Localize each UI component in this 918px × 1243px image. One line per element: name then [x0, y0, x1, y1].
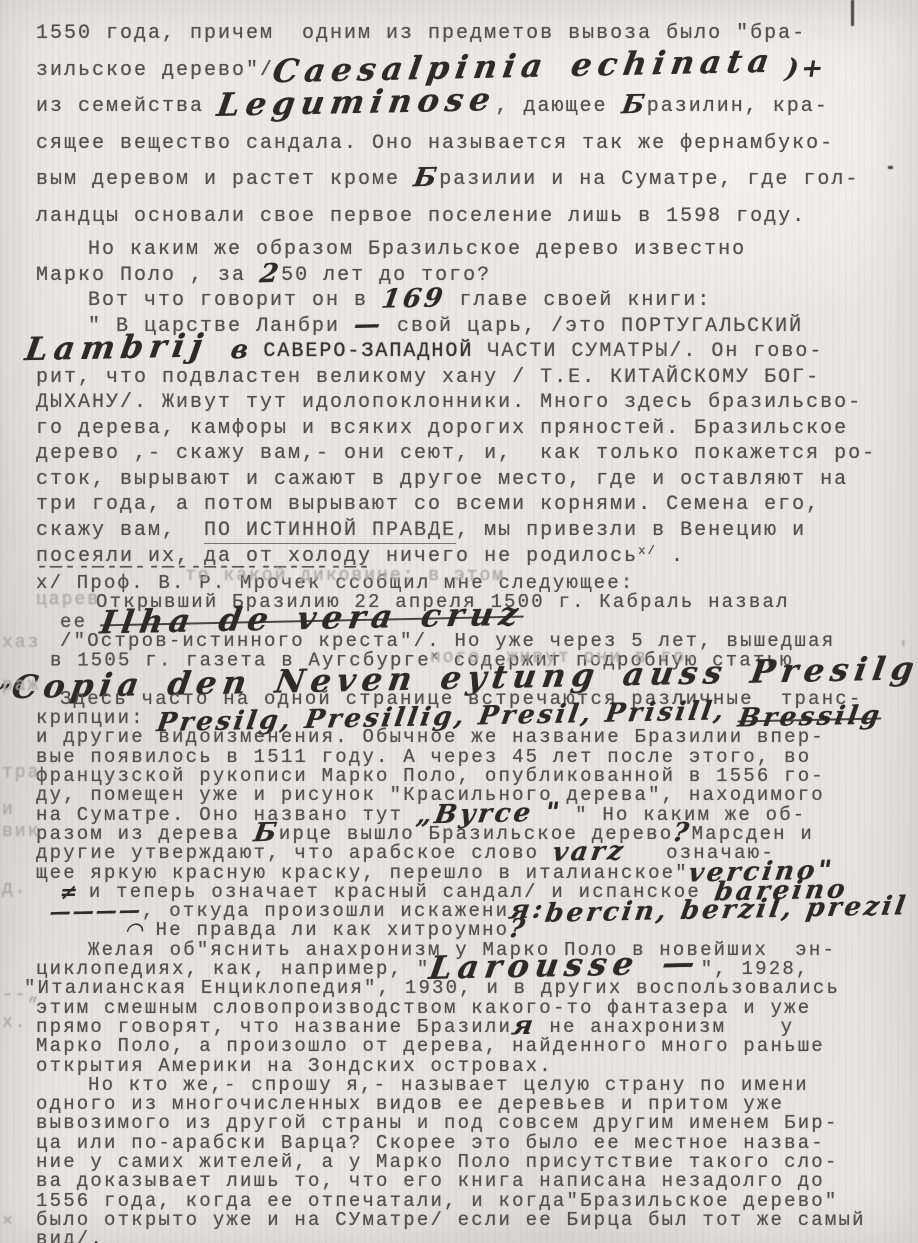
ghost-text: вик: [2, 822, 40, 842]
handwritten-text: в: [231, 350, 263, 351]
text-line: ландцы основали свое первое поселение ли…: [36, 205, 806, 228]
ghost-text: раж: [2, 676, 40, 696]
ghost-text: ×: [2, 1212, 15, 1232]
typed-text: ПО ИСТИННОЙ ПРАВДЕ: [204, 519, 456, 544]
text-line: го дерева, камфоры и всяких дорогих прян…: [36, 417, 848, 440]
text-line: рит, что подвластен великому хану / Т.Е.…: [36, 366, 820, 389]
typed-text: 50 лет до того?: [281, 264, 491, 287]
handwritten-text: Б: [622, 105, 647, 106]
ink-mark: [851, 0, 854, 26]
typed-text: вым деревом и растет кроме: [36, 168, 414, 191]
typed-text: свой царь, /это ПОРТУГАЛЬСКИЙ: [383, 315, 803, 338]
scanned-manuscript-page: 1550 года, причем одним из предметов выв…: [0, 0, 918, 1243]
handwritten-text: —: [354, 324, 383, 325]
typed-text: х/: [638, 544, 657, 558]
text-line: было открыто уже и на СУматре/ если ее Б…: [36, 1209, 866, 1231]
text-line: скажу вам, ПО ИСТИННОЙ ПРАВДЕ, мы привез…: [36, 519, 806, 542]
typed-text: сток, вырывают и сажают в другое место, …: [36, 468, 848, 491]
typed-text: , мы привезли в Венецию и: [456, 519, 806, 542]
typed-text: ЧАСТИ СУМАТРЫ/. Он гово-: [473, 340, 823, 363]
ghost-text: царев: [36, 590, 100, 610]
text-line: зильское дерево"/Caesalpinia echinata )+: [36, 59, 826, 82]
typed-text: Вот что говорит он в: [88, 289, 382, 312]
handwritten-text: varz: [553, 851, 626, 853]
typed-text: скажу вам,: [36, 519, 204, 542]
typed-text: разилии и на Суматре, где гол-: [439, 168, 859, 191]
typed-text: 1550 года, причем одним из предметов выв…: [36, 22, 806, 45]
handwritten-text: 169: [382, 298, 446, 299]
handwritten-text: Б: [254, 833, 279, 834]
text-line: Но каким же образом Бразильское дерево и…: [88, 238, 746, 261]
typed-text: ландцы основали свое первое поселение ли…: [36, 205, 806, 228]
handwritten-text: Larousse —: [430, 962, 701, 968]
text-line: три года, а потом вырывают со всеми корн…: [36, 493, 820, 516]
typed-text: дерево ,- скажу вам,- они сеют, и, как т…: [36, 442, 876, 465]
typed-text: рит, что подвластен великому хану / Т.Е.…: [36, 366, 820, 389]
text-line: сящее вещество сандала. Оно называется т…: [36, 132, 834, 155]
text-line: Вот что говорит он в 169 главе своей кни…: [88, 289, 711, 312]
handwritten-text: Presilg, Presillig, Presil, Prisill,: [157, 711, 738, 723]
ghost-text: то какой диковине: в этом: [185, 566, 505, 586]
handwritten-text: Ilha de vera cruz: [100, 613, 524, 626]
typed-text: сящее вещество сандала. Оно называется т…: [36, 132, 834, 155]
handwritten-text: Б: [414, 178, 439, 179]
handwritten-text: vercino": [689, 870, 834, 873]
typed-text: го дерева, камфоры и всяких дорогих прян…: [36, 417, 848, 440]
ghost-text: хаз: [2, 633, 40, 653]
ghost-text: х.: [2, 1013, 28, 1033]
typed-text: ДЫХАНУ/. Живут тут идолопоклонники. Мног…: [36, 391, 862, 414]
typed-text: Но каким же образом Бразильское дерево и…: [88, 238, 746, 261]
text-line: 1550 года, причем одним из предметов выв…: [36, 22, 806, 45]
typed-text: зильское дерево"/: [36, 59, 274, 82]
typed-text: разилин, кра-: [647, 95, 829, 118]
handwritten-text: )+: [774, 68, 826, 69]
handwritten-text: bercin, berzil, prezil: [545, 906, 907, 914]
text-line: сток, вырывают и сажают в другое место, …: [36, 468, 848, 491]
ink-mark: [888, 166, 893, 169]
handwritten-text: ◠: [126, 930, 156, 931]
typed-text: Марко Поло , за: [36, 264, 260, 287]
typed-text: было открыто уже и на СУматре/ если ее Б…: [36, 1209, 866, 1231]
typed-text: главе своей книги:: [445, 289, 711, 312]
ghost-text: д.: [2, 879, 28, 899]
handwritten-text: „Byrce ": [417, 812, 562, 815]
text-line: вид/.: [36, 1228, 104, 1243]
handwritten-text: Caesalpinia echinata: [273, 60, 775, 70]
ghost-text: --„: [2, 985, 40, 1005]
ghost-text: и: [2, 800, 15, 820]
handwritten-text: Lambrij: [26, 345, 232, 349]
typed-text: три года, а потом вырывают со всеми корн…: [36, 493, 820, 516]
ghost-text: тра: [2, 763, 40, 783]
typed-text: , дающее: [496, 95, 622, 118]
text-line: ДЫХАНУ/. Живут тут идолопоклонники. Мног…: [36, 391, 862, 414]
handwritten-text: ≠: [60, 891, 89, 892]
typed-text: САВЕРО-ЗАПАДНОЙ: [263, 340, 473, 363]
text-line: Lambrij в САВЕРО-ЗАПАДНОЙ ЧАСТИ СУМАТРЫ/…: [26, 340, 823, 363]
text-line: дерево ,- скажу вам,- они сеют, и, как т…: [36, 442, 876, 465]
handwritten-text: Bressilg: [737, 716, 882, 723]
ghost-text: ': [898, 640, 911, 660]
typed-text: вид/.: [36, 1228, 104, 1243]
handwritten-text: Leguminose: [218, 99, 496, 105]
ghost-text: ного, живут они в го-: [430, 648, 699, 668]
text-line: вым деревом и растет кроме Бразилии и на…: [36, 168, 859, 191]
typed-text: .: [657, 545, 685, 568]
text-line: из семейства Leguminose, дающее Бразилин…: [36, 95, 829, 118]
handwritten-text: ————: [50, 910, 142, 912]
handwritten-text: я:: [509, 910, 545, 911]
typed-text: из семейства: [36, 95, 218, 118]
handwritten-text: bareino: [714, 889, 847, 892]
